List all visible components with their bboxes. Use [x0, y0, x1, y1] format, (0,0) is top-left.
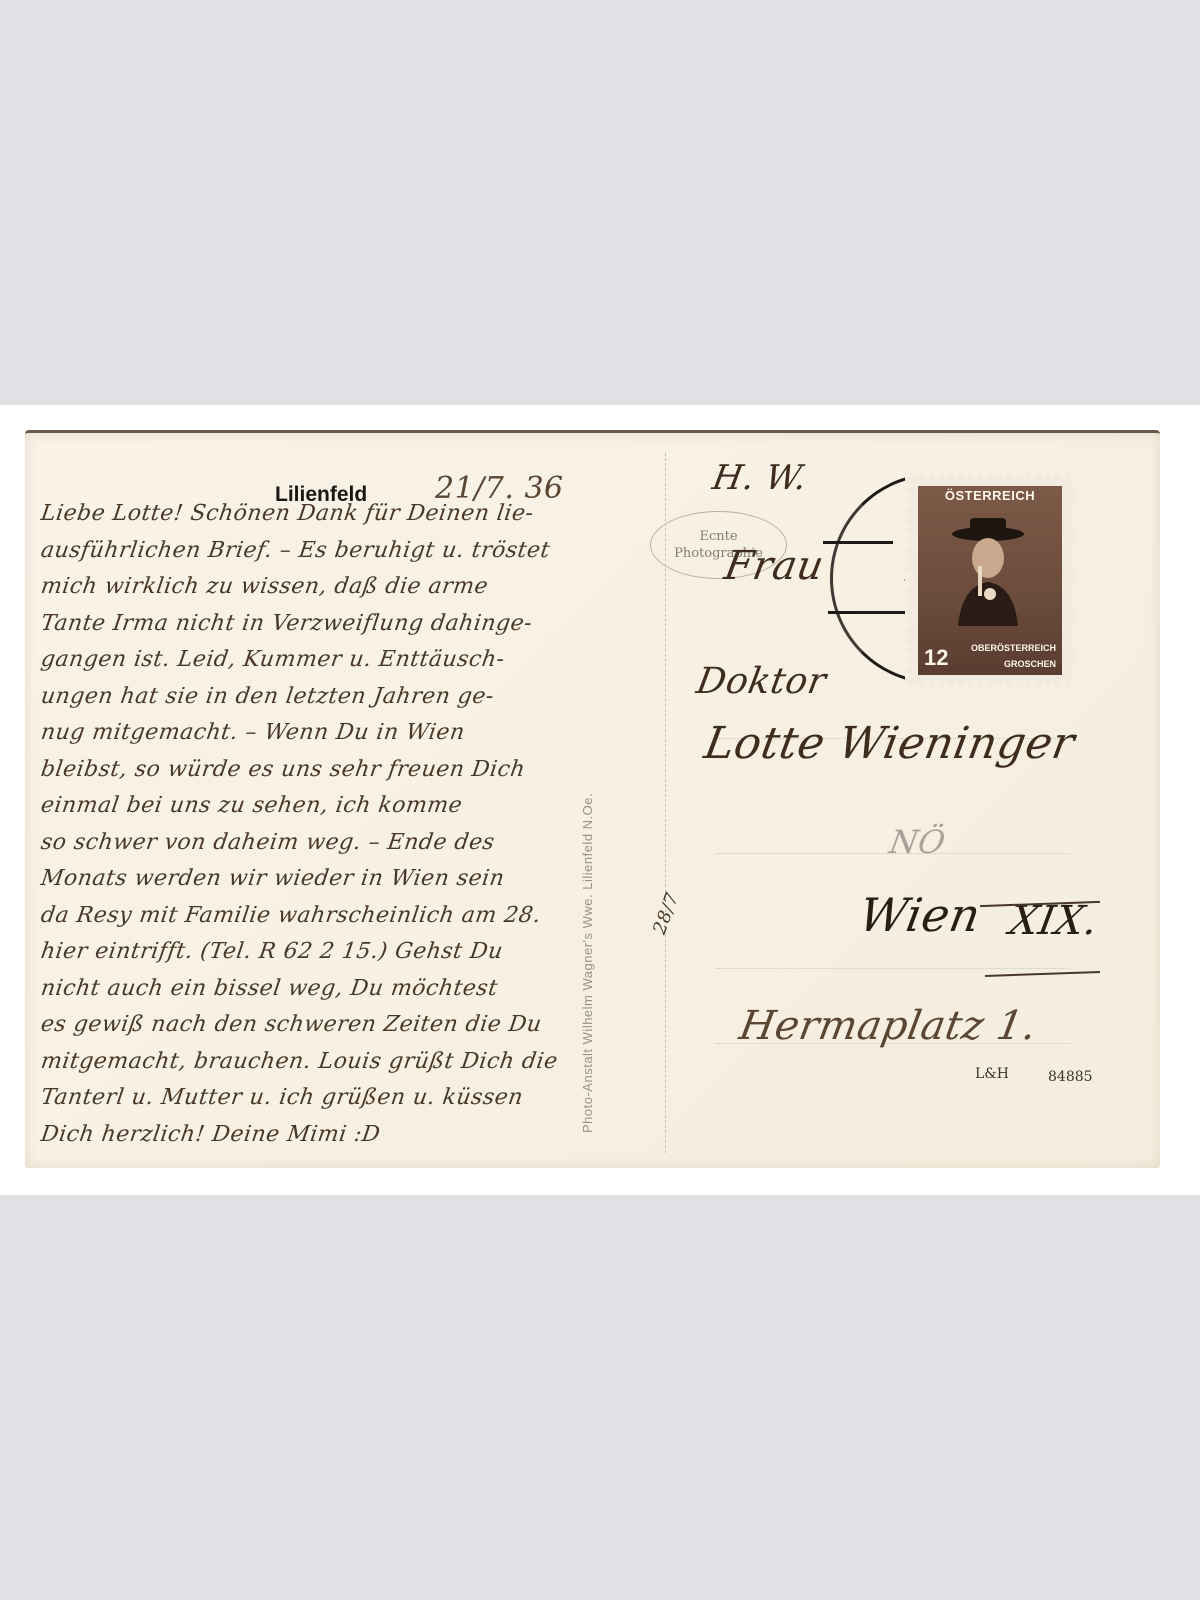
margin-note: 28/7: [649, 890, 683, 937]
address-region: NÖ: [887, 823, 949, 861]
postcard: Lilienfeld 21/7. 36 Ecnte Photographie P…: [25, 430, 1160, 1168]
message-line: nug mitgemacht. – Wenn Du in Wien: [39, 720, 466, 745]
message-line: bleibst, so würde es uns sehr freuen Dic…: [39, 757, 527, 782]
address-line-3: [715, 968, 1070, 969]
message-line: nicht auch ein bissel weg, Du möchtest: [39, 976, 499, 1001]
stamp-denomination: 12: [924, 645, 948, 671]
photo-area: Lilienfeld 21/7. 36 Ecnte Photographie P…: [0, 405, 1200, 1195]
message-line: Monats werden wir wieder in Wien sein: [39, 866, 506, 891]
address-name: Lotte Wieninger: [701, 718, 1079, 769]
serial-number: 84885: [1048, 1069, 1093, 1085]
address-title: Frau: [721, 543, 828, 589]
message-address-divider: [665, 453, 666, 1153]
postmark-bar: [828, 611, 908, 614]
postage-stamp: ÖSTERREICH OBERÖSTERREICH 12 GROSCHEN: [905, 473, 1075, 688]
stamp-portrait-icon: [948, 516, 1028, 626]
address-profession: Doktor: [693, 661, 829, 702]
message-line: Tante Irma nicht in Verzweiflung dahinge…: [39, 611, 534, 636]
message-line: mitgemacht, brauchen. Louis grüßt Dich d…: [39, 1049, 559, 1074]
stamp-region: OBERÖSTERREICH: [971, 643, 1056, 653]
message-line: Tanterl u. Mutter u. ich grüßen u. küsse…: [39, 1085, 524, 1110]
publisher-imprint: Photo-Anstalt Wilhelm Wagner's Wwe. Lili…: [580, 793, 595, 1133]
message-line: ausführlichen Brief. – Es beruhigt u. tr…: [39, 538, 551, 563]
message-line: es gewiß nach den schweren Zeiten die Du: [39, 1012, 543, 1037]
message-line: hier eintrifft. (Tel. R 62 2 15.) Gehst …: [39, 939, 504, 964]
address-salutation: H. W.: [709, 458, 810, 498]
message-line: mich wirklich zu wissen, daß die arme: [39, 574, 490, 599]
district-underline: [985, 971, 1100, 977]
publisher-code: L&H: [975, 1066, 1009, 1082]
message-line: gangen ist. Leid, Kummer u. Enttäusch-: [39, 647, 506, 672]
stamp-image: ÖSTERREICH OBERÖSTERREICH 12 GROSCHEN: [918, 486, 1062, 675]
message-line: Dich herzlich! Deine Mimi :D: [39, 1122, 382, 1147]
stamp-currency: GROSCHEN: [1004, 659, 1056, 669]
address-city: Wien: [855, 888, 985, 942]
stamp-country: ÖSTERREICH: [918, 486, 1062, 506]
message-line: da Resy mit Familie wahrscheinlich am 28…: [39, 903, 542, 928]
message-line: Liebe Lotte! Schönen Dank für Deinen lie…: [39, 501, 535, 526]
message-line: ungen hat sie in den letzten Jahren ge-: [39, 684, 495, 709]
message-line: einmal bei uns zu sehen, ich komme: [39, 793, 464, 818]
address-street: Hermaplatz 1.: [736, 1003, 1040, 1049]
postmark-bar: [823, 541, 893, 544]
message-line: so schwer von daheim weg. – Ende des: [39, 830, 496, 855]
